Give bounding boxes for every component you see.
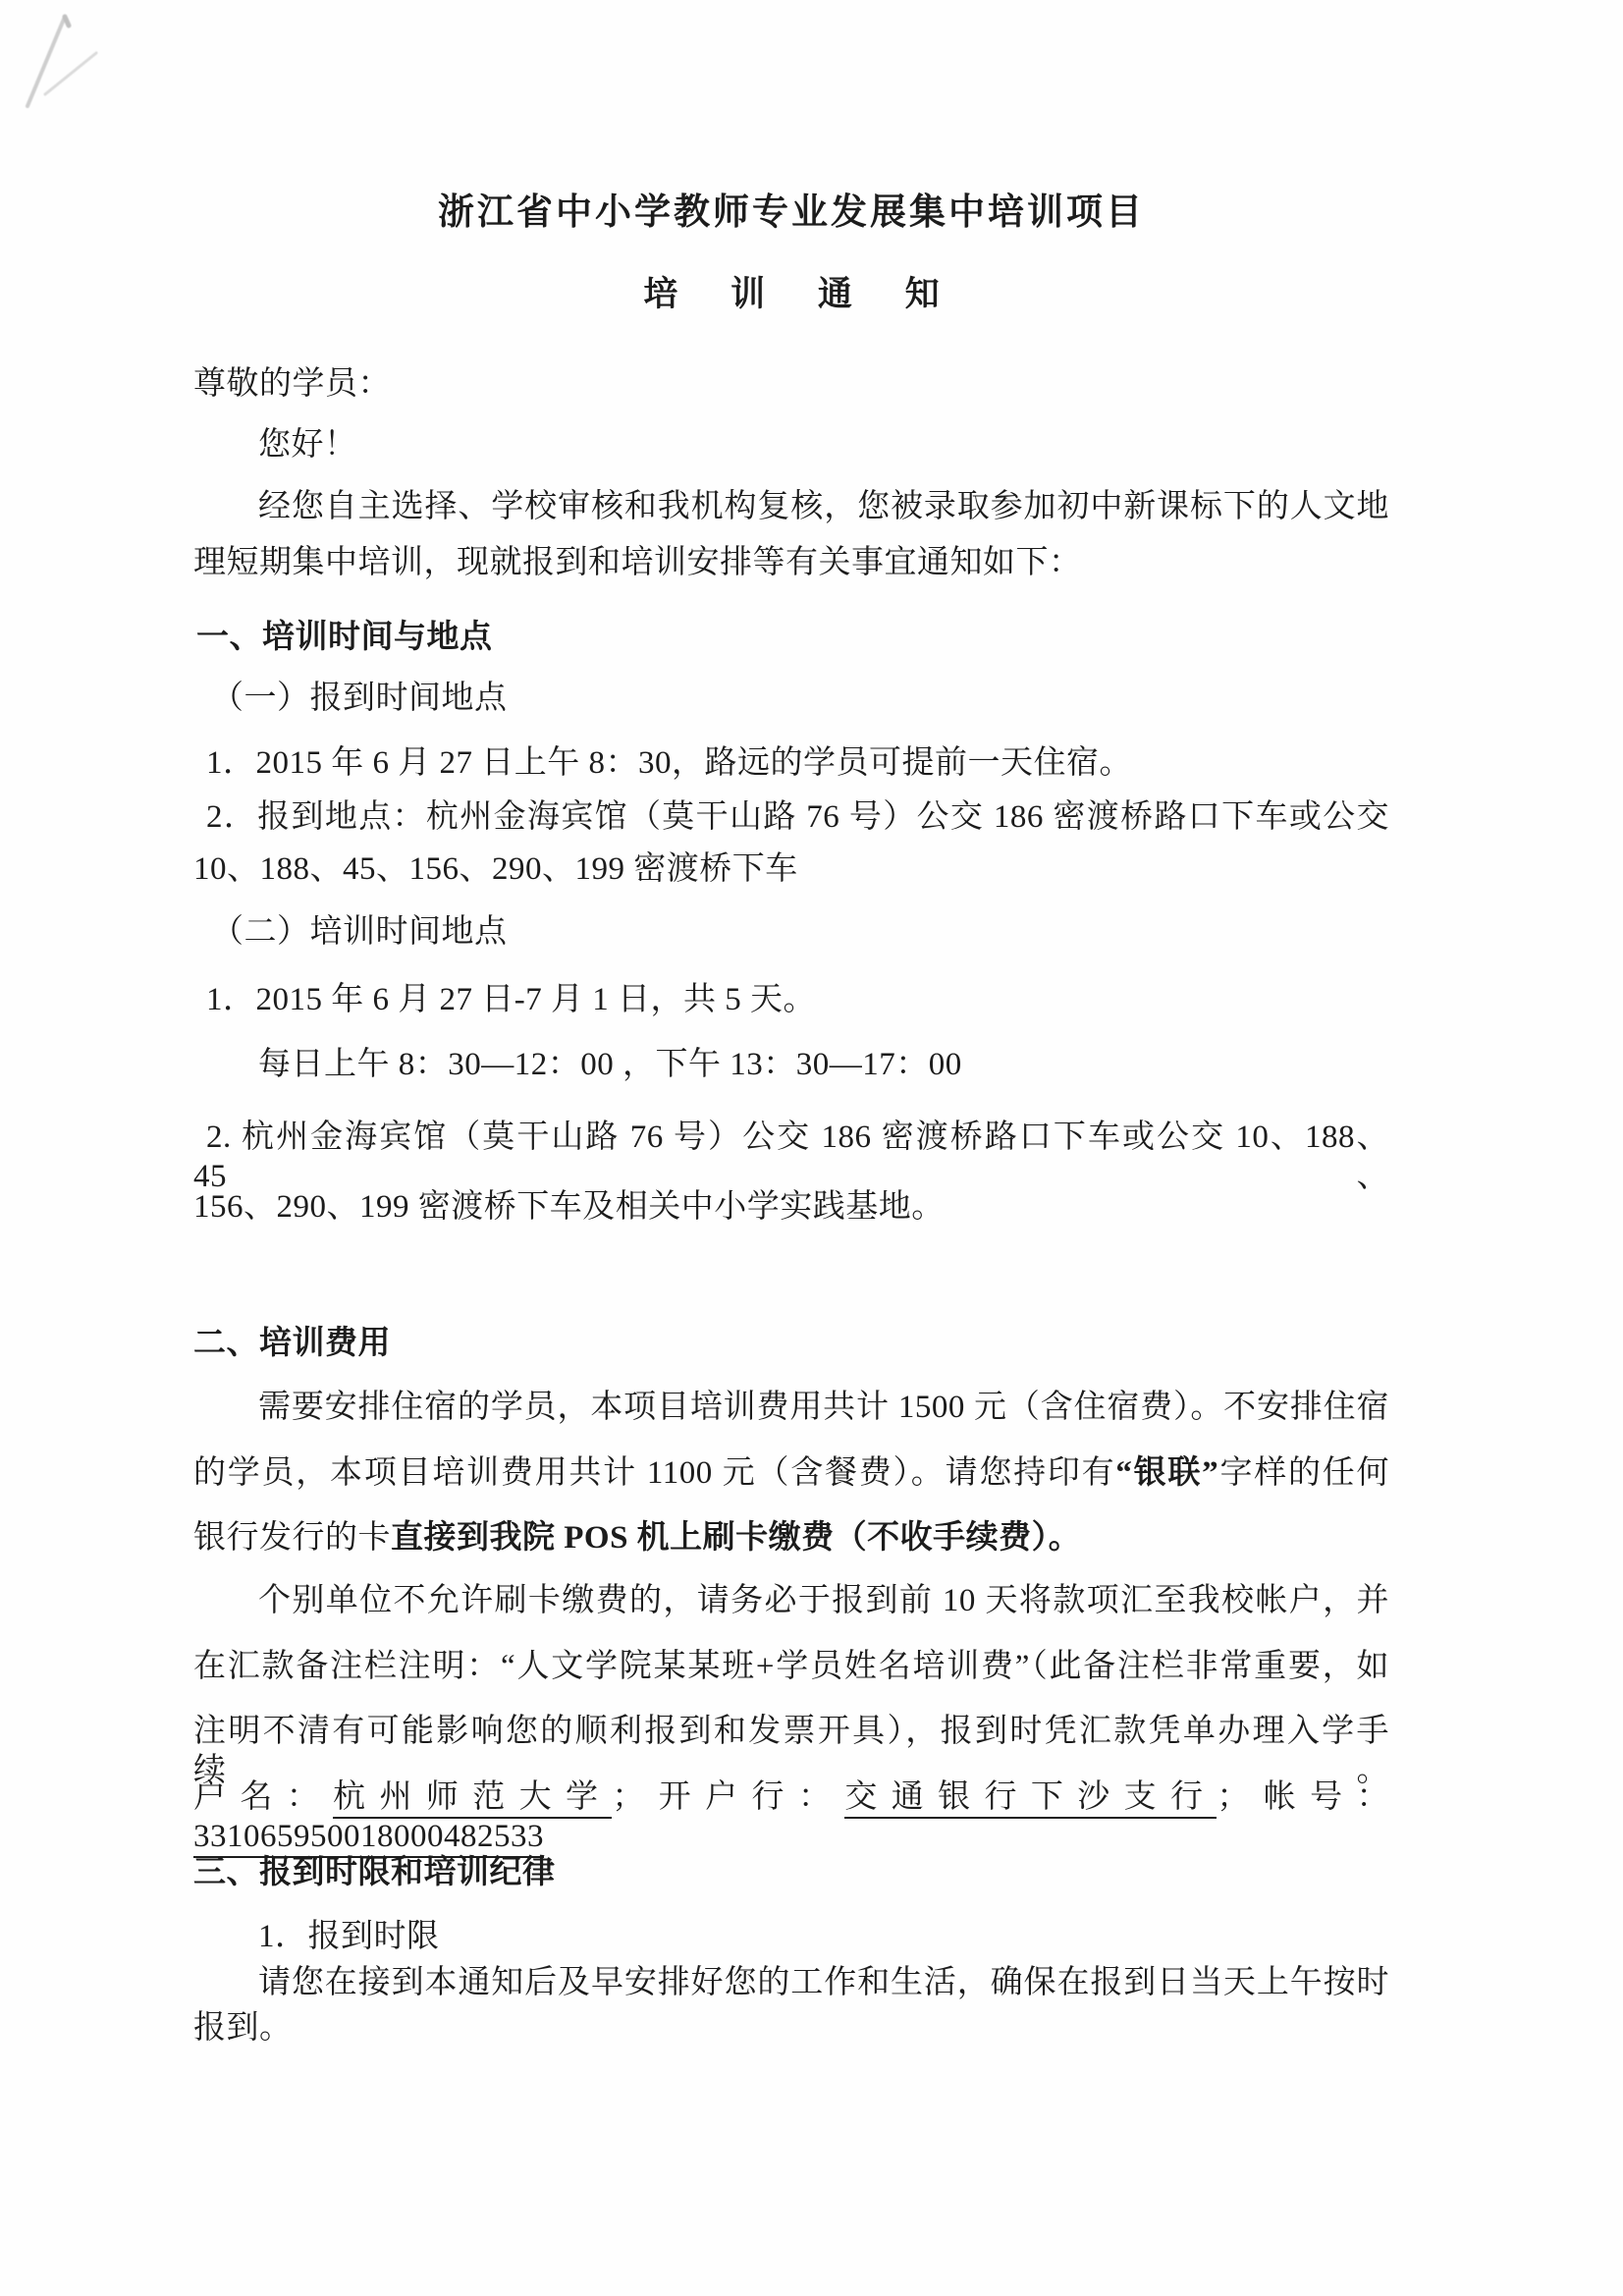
unionpay-emphasis: “银联” (1115, 1455, 1218, 1491)
section3-para-line1: 请您在接到本通知后及早安排好您的工作和生活，确保在报到日当天上午按时 (193, 1963, 1389, 2002)
account-name-value: 杭州师范大学 (333, 1779, 612, 1819)
section1-item1: 1．2015 年 6 月 27 日上午 8：30，路远的学员可提前一天住宿。 (193, 743, 1389, 783)
account-number-label: ；帐号： (1217, 1779, 1389, 1815)
pos-payment-emphasis: 直接到我院 POS 机上刷卡缴费（不收手续费）。 (391, 1520, 1081, 1556)
doc-subtitle: 培 训 通 知 (193, 275, 1389, 314)
pen-scan-mark (6, 4, 114, 122)
bank-branch-value: 交通银行下沙支行 (844, 1779, 1217, 1819)
section3-heading: 三、报到时限和培训纪律 (193, 1852, 1389, 1891)
section1-heading: 一、培训时间与地点 (193, 617, 1389, 656)
doc-title: 浙江省中小学教师专业发展集中培训项目 (193, 192, 1389, 232)
section1-item2-line2: 10、188、45、156、290、199 密渡桥下车 (193, 849, 1389, 889)
section1-item3-detail: 每日上午 8：30—12：00 ，下午 13：30—17：00 (193, 1045, 1389, 1084)
intro-line-1: 经您自主选择、学校审核和我机构复核，您被录取参加初中新课标下的人文地 (193, 487, 1389, 526)
section2-para2-line2: 在汇款备注栏注明：“人文学院某某班+学员姓名培训费”（此备注栏非常重要，如 (193, 1647, 1389, 1686)
section1-item4-line1: 2. 杭州金海宾馆（莫干山路 76 号）公交 186 密渡桥路口下车或公交 10… (193, 1118, 1389, 1196)
section1-item3: 1．2015 年 6 月 27 日-7 月 1 日，共 5 天。 (193, 980, 1389, 1019)
greeting: 您好！ (193, 425, 1389, 465)
fee-text: 的学员，本项目培训费用共计 1100 元（含餐费）。请您持印有 (193, 1455, 1115, 1491)
section1-sub1-heading: （一）报到时间地点 (193, 679, 1389, 718)
section2-para1-line2: 的学员，本项目培训费用共计 1100 元（含餐费）。请您持印有“银联”字样的任何 (193, 1453, 1389, 1493)
account-name-label: 户名： (193, 1779, 333, 1815)
bank-account-line: 户名：杭州师范大学；开户行：交通银行下沙支行；帐号：33106595001800… (193, 1777, 1389, 1856)
section2-para2-line1: 个别单位不允许刷卡缴费的，请务必于报到前 10 天将款项汇至我校帐户，并 (193, 1581, 1389, 1620)
section1-item4-line2: 156、290、199 密渡桥下车及相关中小学实践基地。 (193, 1187, 1389, 1227)
section2-para1-line3: 银行发行的卡直接到我院 POS 机上刷卡缴费（不收手续费）。 (193, 1518, 1389, 1558)
scanned-notice-page: 浙江省中小学教师专业发展集中培训项目 培 训 通 知 尊敬的学员： 您好！ 经您… (0, 0, 1623, 2296)
section1-sub2-heading: （二）培训时间地点 (193, 912, 1389, 952)
intro-line-2: 理短期集中培训，现就报到和培训安排等有关事宜通知如下： (193, 543, 1389, 582)
section3-sub-heading: 1．报到时限 (193, 1917, 1389, 1956)
card-text: 银行发行的卡 (193, 1520, 391, 1556)
salutation: 尊敬的学员： (193, 364, 1389, 404)
bank-branch-label: ；开户行： (612, 1779, 844, 1815)
section2-para1-line1: 需要安排住宿的学员，本项目培训费用共计 1500 元（含住宿费）。不安排住宿 (193, 1388, 1389, 1427)
section2-heading: 二、培训费用 (193, 1323, 1389, 1362)
section3-para-line2: 报到。 (193, 2008, 1389, 2048)
fee-text-cont: 字样的任何 (1218, 1455, 1389, 1491)
section1-item2-line1: 2．报到地点：杭州金海宾馆（莫干山路 76 号）公交 186 密渡桥路口下车或公… (193, 797, 1389, 837)
